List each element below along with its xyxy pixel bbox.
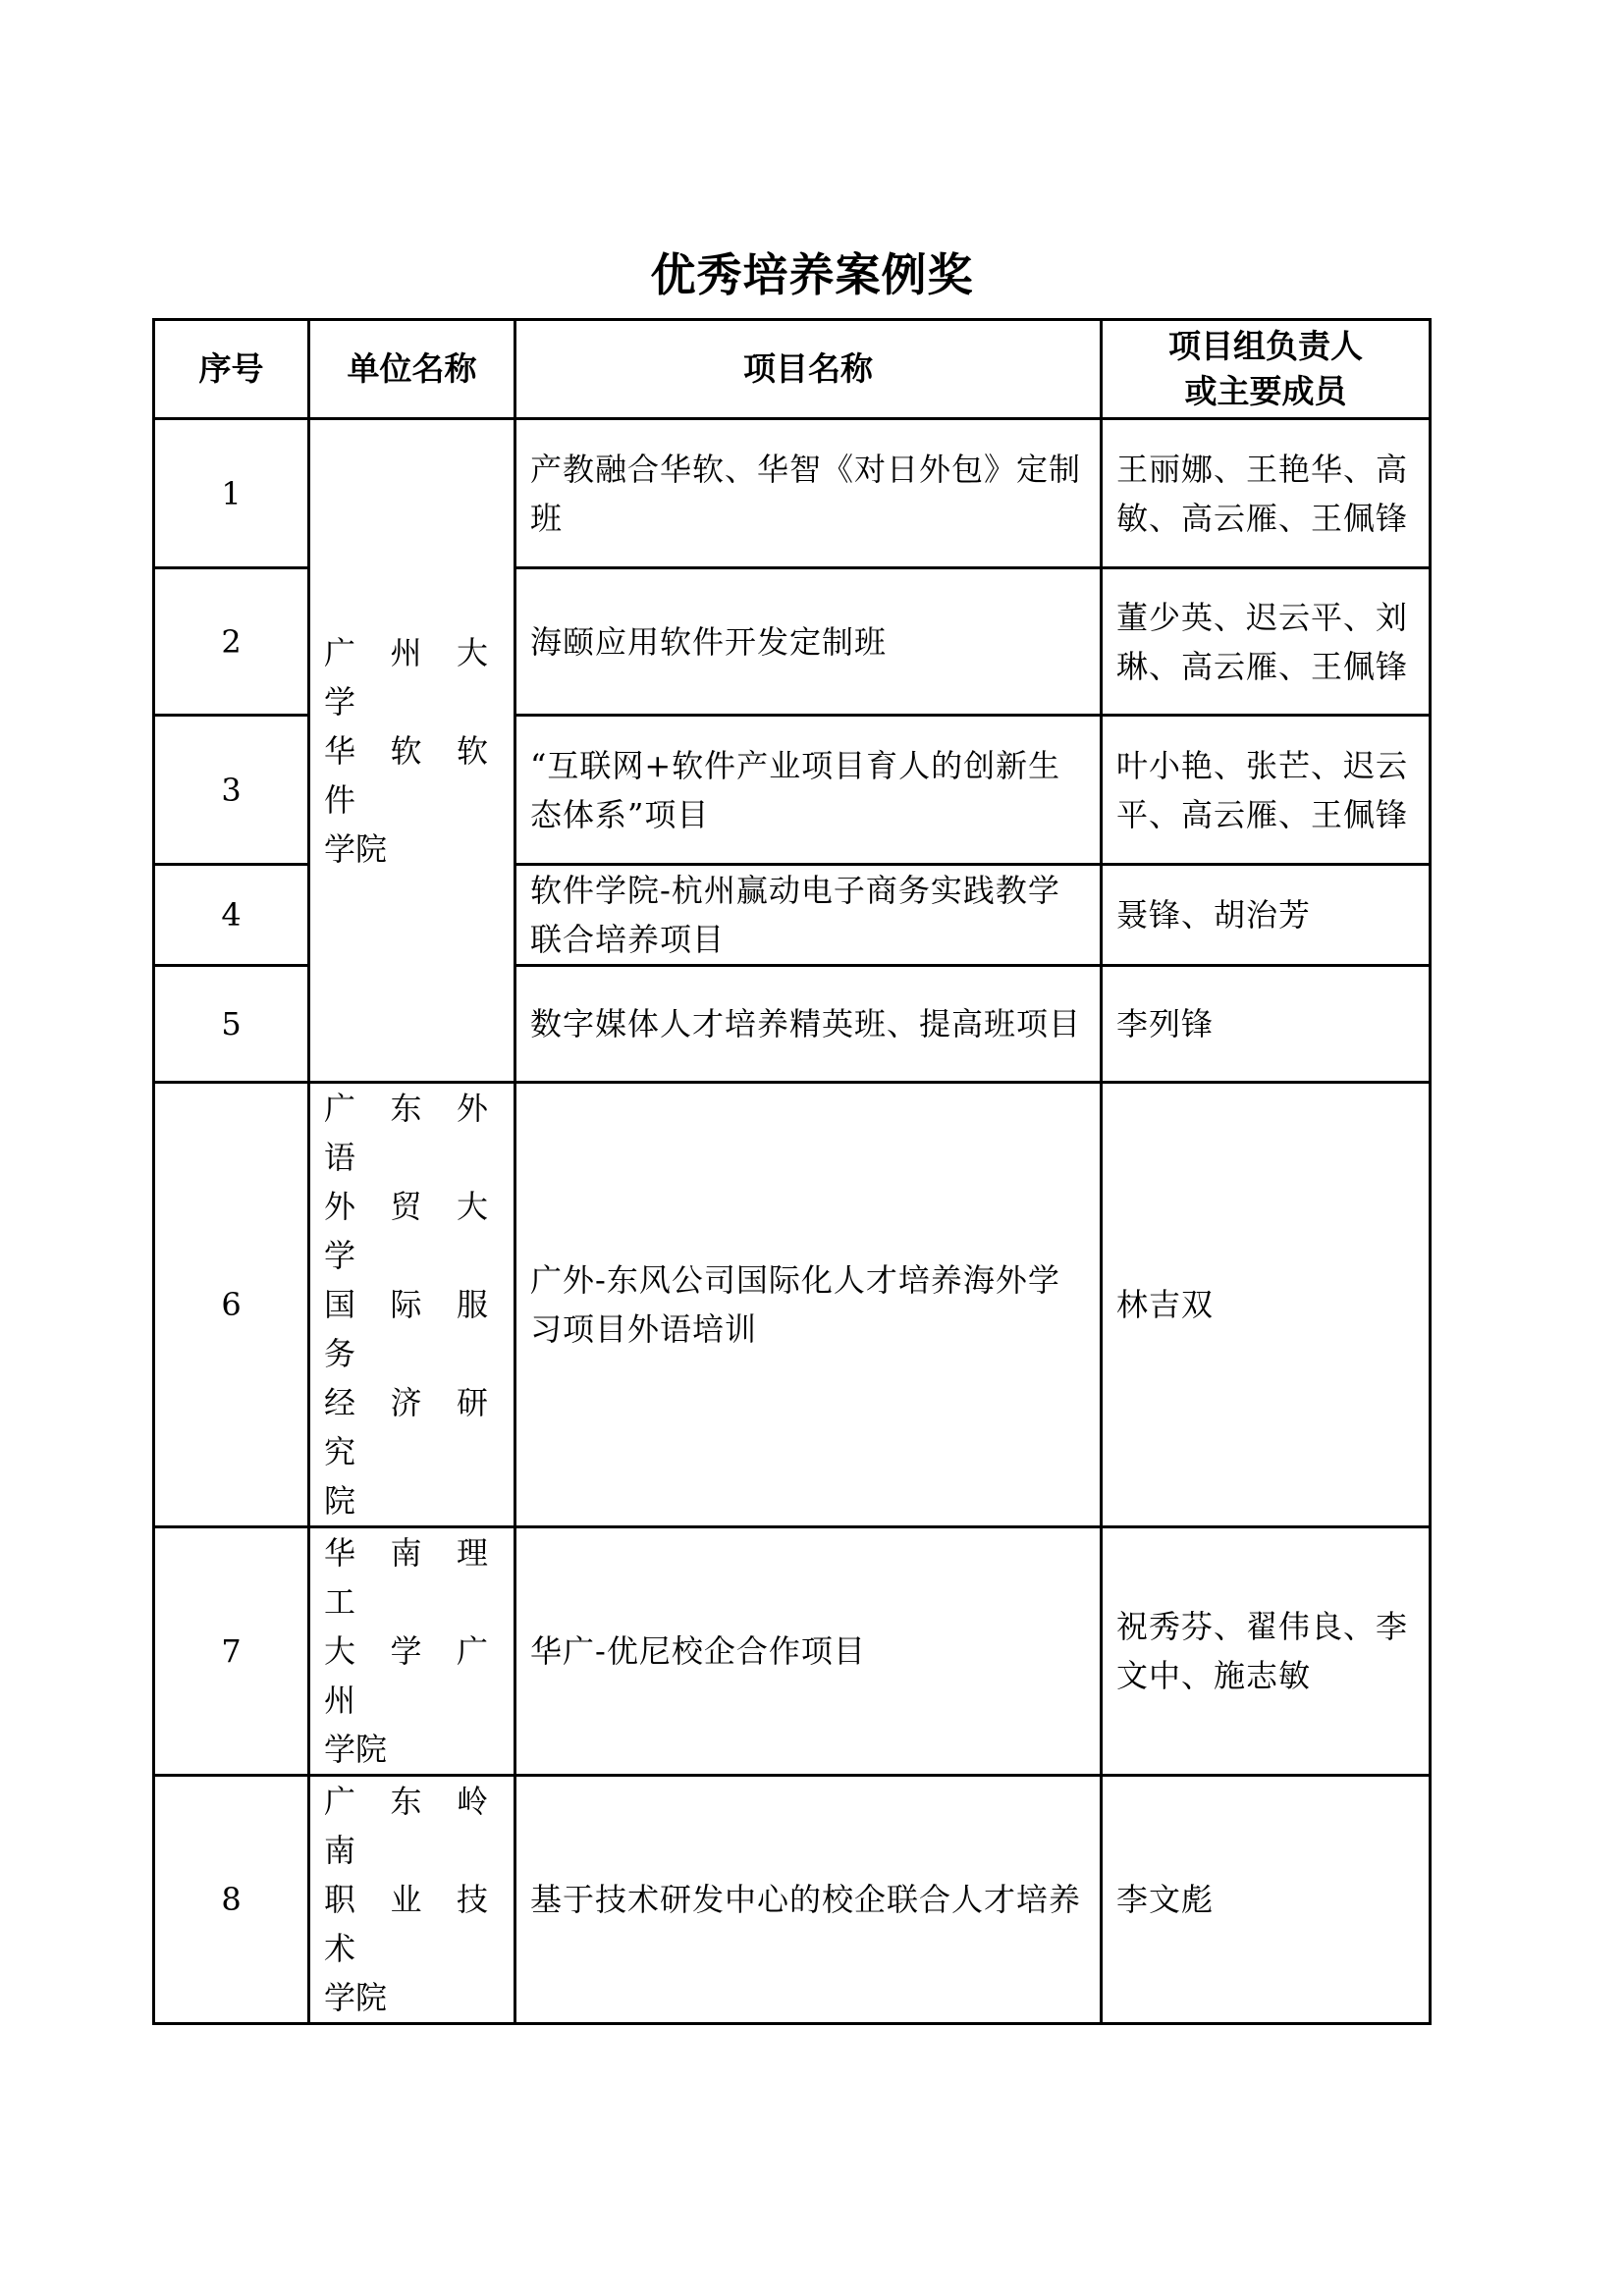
project-name: 数字媒体人才培养精英班、提高班项目 <box>515 966 1102 1083</box>
row-index: 8 <box>154 1776 309 2024</box>
row-index: 3 <box>154 716 309 865</box>
project-name: 基于技术研发中心的校企联合人才培养 <box>515 1776 1102 2024</box>
awards-table: 序号 单位名称 项目名称 项目组负责人 或主要成员 1 广州大学 华软软件 学院… <box>152 318 1432 2025</box>
project-name: “互联网+软件产业项目育人的创新生态体系”项目 <box>515 716 1102 865</box>
members: 董少英、迟云平、刘琳、高云雁、王佩锋 <box>1102 568 1431 716</box>
members: 叶小艳、张芒、迟云平、高云雁、王佩锋 <box>1102 716 1431 865</box>
project-name: 软件学院-杭州赢动电子商务实践教学联合培养项目 <box>515 865 1102 966</box>
members: 林吉双 <box>1102 1083 1431 1527</box>
header-index: 序号 <box>154 320 309 419</box>
project-name: 海颐应用软件开发定制班 <box>515 568 1102 716</box>
row-index: 2 <box>154 568 309 716</box>
unit-line: 广州大学 <box>324 628 502 726</box>
members: 李列锋 <box>1102 966 1431 1083</box>
unit-line: 国际服务 <box>324 1280 502 1378</box>
table-header-row: 序号 单位名称 项目名称 项目组负责人 或主要成员 <box>154 320 1431 419</box>
row-index: 1 <box>154 419 309 568</box>
table-row: 7 华南理工 大学广州 学院 华广-优尼校企合作项目 祝秀芬、翟伟良、李文中、施… <box>154 1527 1431 1776</box>
members: 聂锋、胡治芳 <box>1102 865 1431 966</box>
unit-line: 大学广州 <box>324 1627 502 1725</box>
header-members: 项目组负责人 或主要成员 <box>1102 320 1431 419</box>
project-name: 广外-东风公司国际化人才培养海外学习项目外语培训 <box>515 1083 1102 1527</box>
unit-cell: 广东岭南 职业技术 学院 <box>309 1776 515 2024</box>
unit-line: 学院 <box>324 1725 502 1774</box>
header-members-line2: 或主要成员 <box>1103 369 1429 414</box>
unit-line: 学院 <box>324 825 502 874</box>
unit-line: 院 <box>324 1476 502 1525</box>
table-row: 1 广州大学 华软软件 学院 产教融合华软、华智《对日外包》定制班 王丽娜、王艳… <box>154 419 1431 568</box>
unit-line: 广东外语 <box>324 1084 502 1182</box>
header-members-line1: 项目组负责人 <box>1103 324 1429 369</box>
table-row: 8 广东岭南 职业技术 学院 基于技术研发中心的校企联合人才培养 李文彪 <box>154 1776 1431 2024</box>
unit-cell: 广东外语 外贸大学 国际服务 经济研究 院 <box>309 1083 515 1527</box>
members: 李文彪 <box>1102 1776 1431 2024</box>
unit-line: 外贸大学 <box>324 1182 502 1280</box>
project-name: 华广-优尼校企合作项目 <box>515 1527 1102 1776</box>
page-title: 优秀培养案例奖 <box>0 247 1624 302</box>
unit-line: 经济研究 <box>324 1378 502 1476</box>
unit-line: 职业技术 <box>324 1875 502 1973</box>
unit-line: 华南理工 <box>324 1528 502 1627</box>
members: 祝秀芬、翟伟良、李文中、施志敏 <box>1102 1527 1431 1776</box>
row-index: 4 <box>154 865 309 966</box>
header-project: 项目名称 <box>515 320 1102 419</box>
table-row: 6 广东外语 外贸大学 国际服务 经济研究 院 广外-东风公司国际化人才培养海外… <box>154 1083 1431 1527</box>
unit-cell: 广州大学 华软软件 学院 <box>309 419 515 1083</box>
header-unit: 单位名称 <box>309 320 515 419</box>
project-name: 产教融合华软、华智《对日外包》定制班 <box>515 419 1102 568</box>
members: 王丽娜、王艳华、高敏、高云雁、王佩锋 <box>1102 419 1431 568</box>
unit-cell: 华南理工 大学广州 学院 <box>309 1527 515 1776</box>
row-index: 5 <box>154 966 309 1083</box>
unit-line: 广东岭南 <box>324 1777 502 1875</box>
row-index: 6 <box>154 1083 309 1527</box>
row-index: 7 <box>154 1527 309 1776</box>
unit-line: 华软软件 <box>324 726 502 825</box>
unit-line: 学院 <box>324 1973 502 2022</box>
